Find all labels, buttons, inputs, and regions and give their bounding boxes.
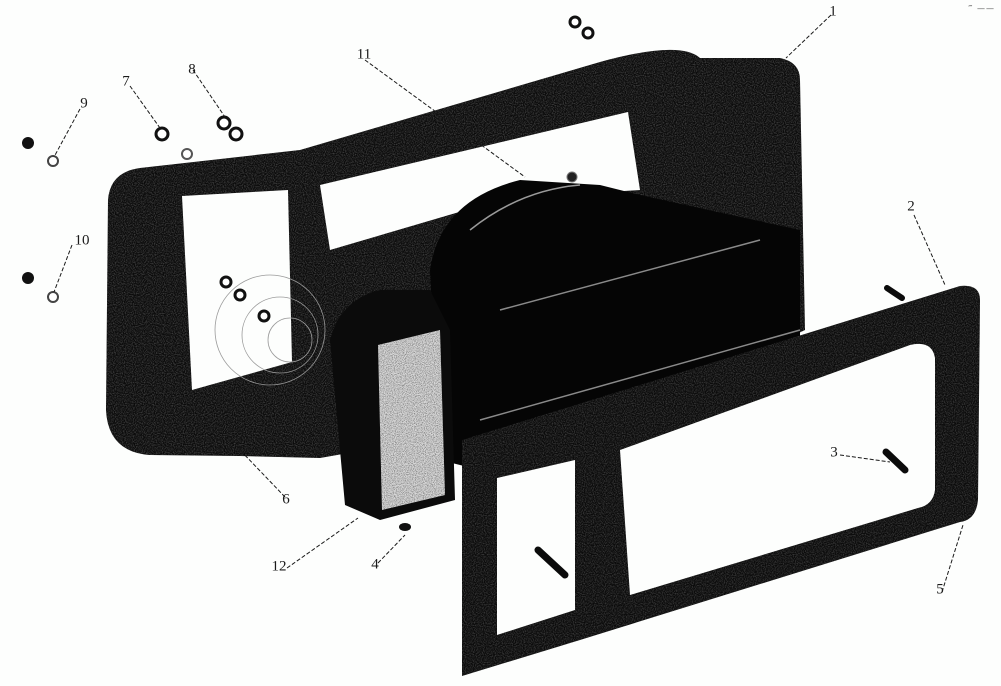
washer-10 (48, 292, 58, 302)
callout-3: 3 (830, 446, 838, 461)
nut-10a (22, 272, 34, 284)
nut-7 (156, 128, 168, 140)
callout-9: 9 (80, 97, 88, 112)
heater-core (330, 290, 455, 520)
nut-8a (218, 117, 230, 129)
callout-6: 6 (282, 493, 290, 508)
washer-9 (48, 156, 58, 166)
callout-8: 8 (188, 63, 196, 78)
callout-10: 10 (75, 234, 90, 249)
nut-top-b (583, 28, 593, 38)
callout-12: 12 (272, 560, 287, 575)
stud-bottom (399, 523, 411, 531)
callout-4: 4 (371, 558, 379, 573)
nut-8b (230, 128, 242, 140)
nut-top-a (570, 17, 580, 27)
callout-5: 5 (936, 583, 944, 598)
callout-7: 7 (122, 75, 130, 90)
corner-mark: ‴ —— (968, 4, 995, 13)
nut-9a (22, 137, 34, 149)
callout-2: 2 (907, 200, 915, 215)
stud-top (887, 288, 902, 298)
callout-1: 1 (829, 5, 837, 20)
callout-11: 11 (357, 48, 371, 63)
exploded-diagram (0, 0, 1001, 686)
washer-top (182, 149, 192, 159)
